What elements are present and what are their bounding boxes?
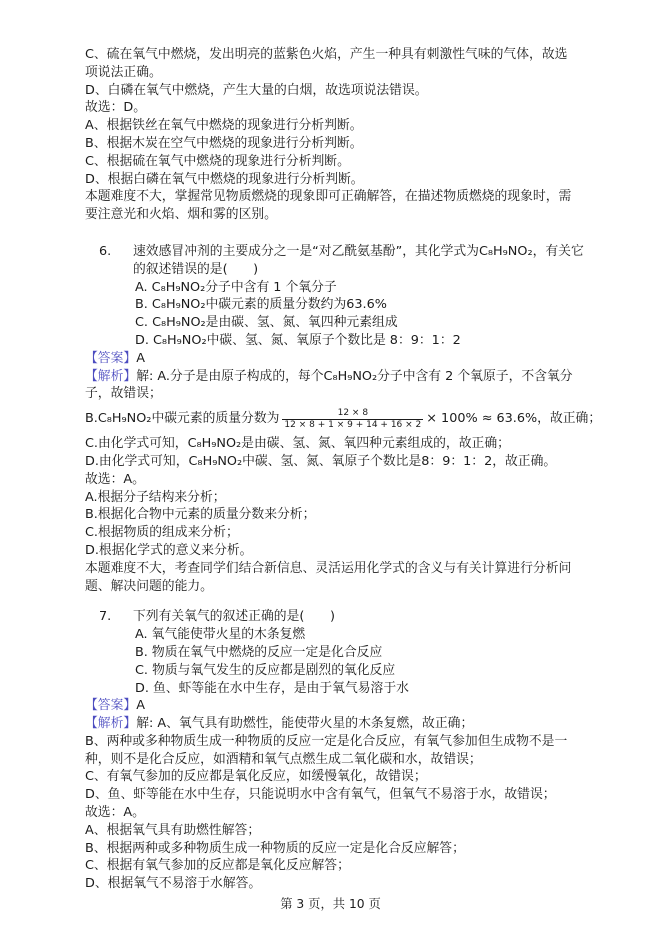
analysis-line: D.由化学式可知，C₈H₉NO₂中碳、氢、氮、氧原子个数比是8：9：1：2，故正… — [85, 453, 590, 471]
formula-suffix: × 100% ≈ 63.6%，故正确； — [426, 410, 601, 428]
question-6-option-b: B. C₈H₉NO₂中碳元素的质量分数约为63.6% — [133, 296, 590, 314]
analysis-text: 解: A、氧气具有助燃性，能使带火星的木条复燃，故正确； — [136, 716, 473, 731]
analysis-label: 【解析】 — [85, 716, 136, 731]
analysis-text: 解: A.分子是由原子构成的，每个C₈H₉NO₂分子中含有 2 个氧原子，不含氧… — [136, 369, 572, 384]
fraction-numerator: 12 × 8 — [336, 408, 370, 419]
question-6: 6. 速效感冒冲剂的主要成分之一是“对乙酰氨基酚”，其化学式为C₈H₉NO₂，有… — [85, 243, 590, 350]
explanation-line: D、白磷在氧气中燃烧，产生大量的白烟，故选项说法错误。 — [85, 82, 590, 100]
analysis-line: C、有氧气参加的反应都是氧化反应，如缓慢氧化，故错误； — [85, 768, 590, 786]
analysis-line: D.根据化学式的意义来分析。 — [85, 542, 590, 560]
document-content: C、硫在氧气中燃烧，发出明亮的蓝紫色火焰，产生一种具有刺激性气味的气体，故选 项… — [85, 46, 590, 893]
question-7-number: 7. — [99, 608, 111, 626]
explanation-line: C、根据硫在氧气中燃烧的现象进行分析判断。 — [85, 153, 590, 171]
analysis-line: 故选：A。 — [85, 471, 590, 489]
formula-prefix: B.C₈H₉NO₂中碳元素的质量分数为 — [85, 410, 279, 428]
explanation-line: D、根据白磷在氧气中燃烧的现象进行分析判断。 — [85, 171, 590, 189]
analysis-line: B、两种或多种物质生成一种物质的反应一定是化合反应，有氧气参加但生成物不是一 — [85, 733, 590, 751]
fraction-denominator: 12 × 8 + 1 × 9 + 14 + 16 × 2 — [282, 419, 423, 431]
explanation-line: 故选：D。 — [85, 99, 590, 117]
fraction: 12 × 8 12 × 8 + 1 × 9 + 14 + 16 × 2 — [282, 408, 423, 431]
question-6-option-c: C. C₈H₉NO₂是由碳、氢、氮、氧四种元素组成 — [133, 314, 590, 332]
explanation-line: 项说法正确。 — [85, 64, 590, 82]
analysis-line: 故选：A。 — [85, 804, 590, 822]
question-6-analysis-row: 【解析】解: A.分子是由原子构成的，每个C₈H₉NO₂分子中含有 2 个氧原子… — [85, 368, 590, 386]
analysis-line: 本题难度不大，考查同学们结合新信息、灵活运用化学式的含义与有关计算进行分析问 — [85, 560, 590, 578]
analysis-line: 题、解决问题的能力。 — [85, 578, 590, 596]
analysis-line: 子，故错误； — [85, 385, 590, 403]
analysis-line: 种，则不是化合反应，如酒精和氧气点燃生成二氧化碳和水，故错误； — [85, 751, 590, 769]
answer-value: A — [136, 698, 145, 713]
question-6-stem-line: 的叙述错误的是( ) — [133, 261, 590, 279]
analysis-line: B、根据两种或多种物质生成一种物质的反应一定是化合反应解答； — [85, 840, 590, 858]
question-7-option-a: A. 氧气能使带火星的木条复燃 — [133, 626, 590, 644]
mass-fraction-formula-line: B.C₈H₉NO₂中碳元素的质量分数为 12 × 8 12 × 8 + 1 × … — [85, 403, 590, 435]
analysis-line: D、鱼、虾等能在水中生存，只能说明水中含有氧气，但氧气不易溶于水，故错误； — [85, 786, 590, 804]
analysis-label: 【解析】 — [85, 369, 136, 384]
page-footer: 第 3 页，共 10 页 — [0, 894, 661, 912]
answer-label: 【答案】 — [85, 351, 136, 366]
analysis-line: A、根据氧气具有助燃性解答； — [85, 822, 590, 840]
exam-page: { "page": { "background": "#ffffff", "te… — [0, 0, 661, 935]
analysis-line: C.由化学式可知，C₈H₉NO₂是由碳、氢、氮、氧四种元素组成的，故正确； — [85, 435, 590, 453]
question-7: 7. 下列有关氧气的叙述正确的是( ) A. 氧气能使带火星的木条复燃 B. 物… — [85, 608, 590, 697]
explanation-line: A、根据铁丝在氧气中燃烧的现象进行分析判断。 — [85, 117, 590, 135]
question-7-option-c: C. 物质与氧气发生的反应都是剧烈的氧化反应 — [133, 662, 590, 680]
answer-value: A — [136, 351, 145, 366]
explanation-line: 要注意光和火焰、烟和雾的区别。 — [85, 206, 590, 224]
question-7-option-d: D. 鱼、虾等能在水中生存，是由于氧气易溶于水 — [133, 680, 590, 698]
question-7-stem: 下列有关氧气的叙述正确的是( ) — [133, 608, 590, 626]
analysis-line: C.根据物质的组成来分析； — [85, 524, 590, 542]
question-6-option-a: A. C₈H₉NO₂分子中含有 1 个氧分子 — [133, 279, 590, 297]
question-6-option-d: D. C₈H₉NO₂中碳、氢、氮、氧原子个数比是 8：9：1：2 — [133, 332, 590, 350]
question-7-option-b: B. 物质在氧气中燃烧的反应一定是化合反应 — [133, 644, 590, 662]
question-6-answer-row: 【答案】A — [85, 350, 590, 368]
question-6-number: 6. — [99, 243, 111, 261]
analysis-line: D、根据氧气不易溶于水解答。 — [85, 875, 590, 893]
analysis-line: C、根据有氧气参加的反应都是氧化反应解答； — [85, 857, 590, 875]
answer-label: 【答案】 — [85, 698, 136, 713]
question-7-analysis-row: 【解析】解: A、氧气具有助燃性，能使带火星的木条复燃，故正确； — [85, 715, 590, 733]
explanation-line: 本题难度不大，掌握常见物质燃烧的现象即可正确解答，在描述物质燃烧的现象时，需 — [85, 188, 590, 206]
analysis-line: B.根据化合物中元素的质量分数来分析； — [85, 506, 590, 524]
question-7-answer-row: 【答案】A — [85, 697, 590, 715]
question-6-stem-line: 速效感冒冲剂的主要成分之一是“对乙酰氨基酚”，其化学式为C₈H₉NO₂，有关它 — [133, 243, 590, 261]
analysis-line: A.根据分子结构来分析； — [85, 489, 590, 507]
explanation-line: B、根据木炭在空气中燃烧的现象进行分析判断。 — [85, 135, 590, 153]
explanation-line: C、硫在氧气中燃烧，发出明亮的蓝紫色火焰，产生一种具有刺激性气味的气体，故选 — [85, 46, 590, 64]
